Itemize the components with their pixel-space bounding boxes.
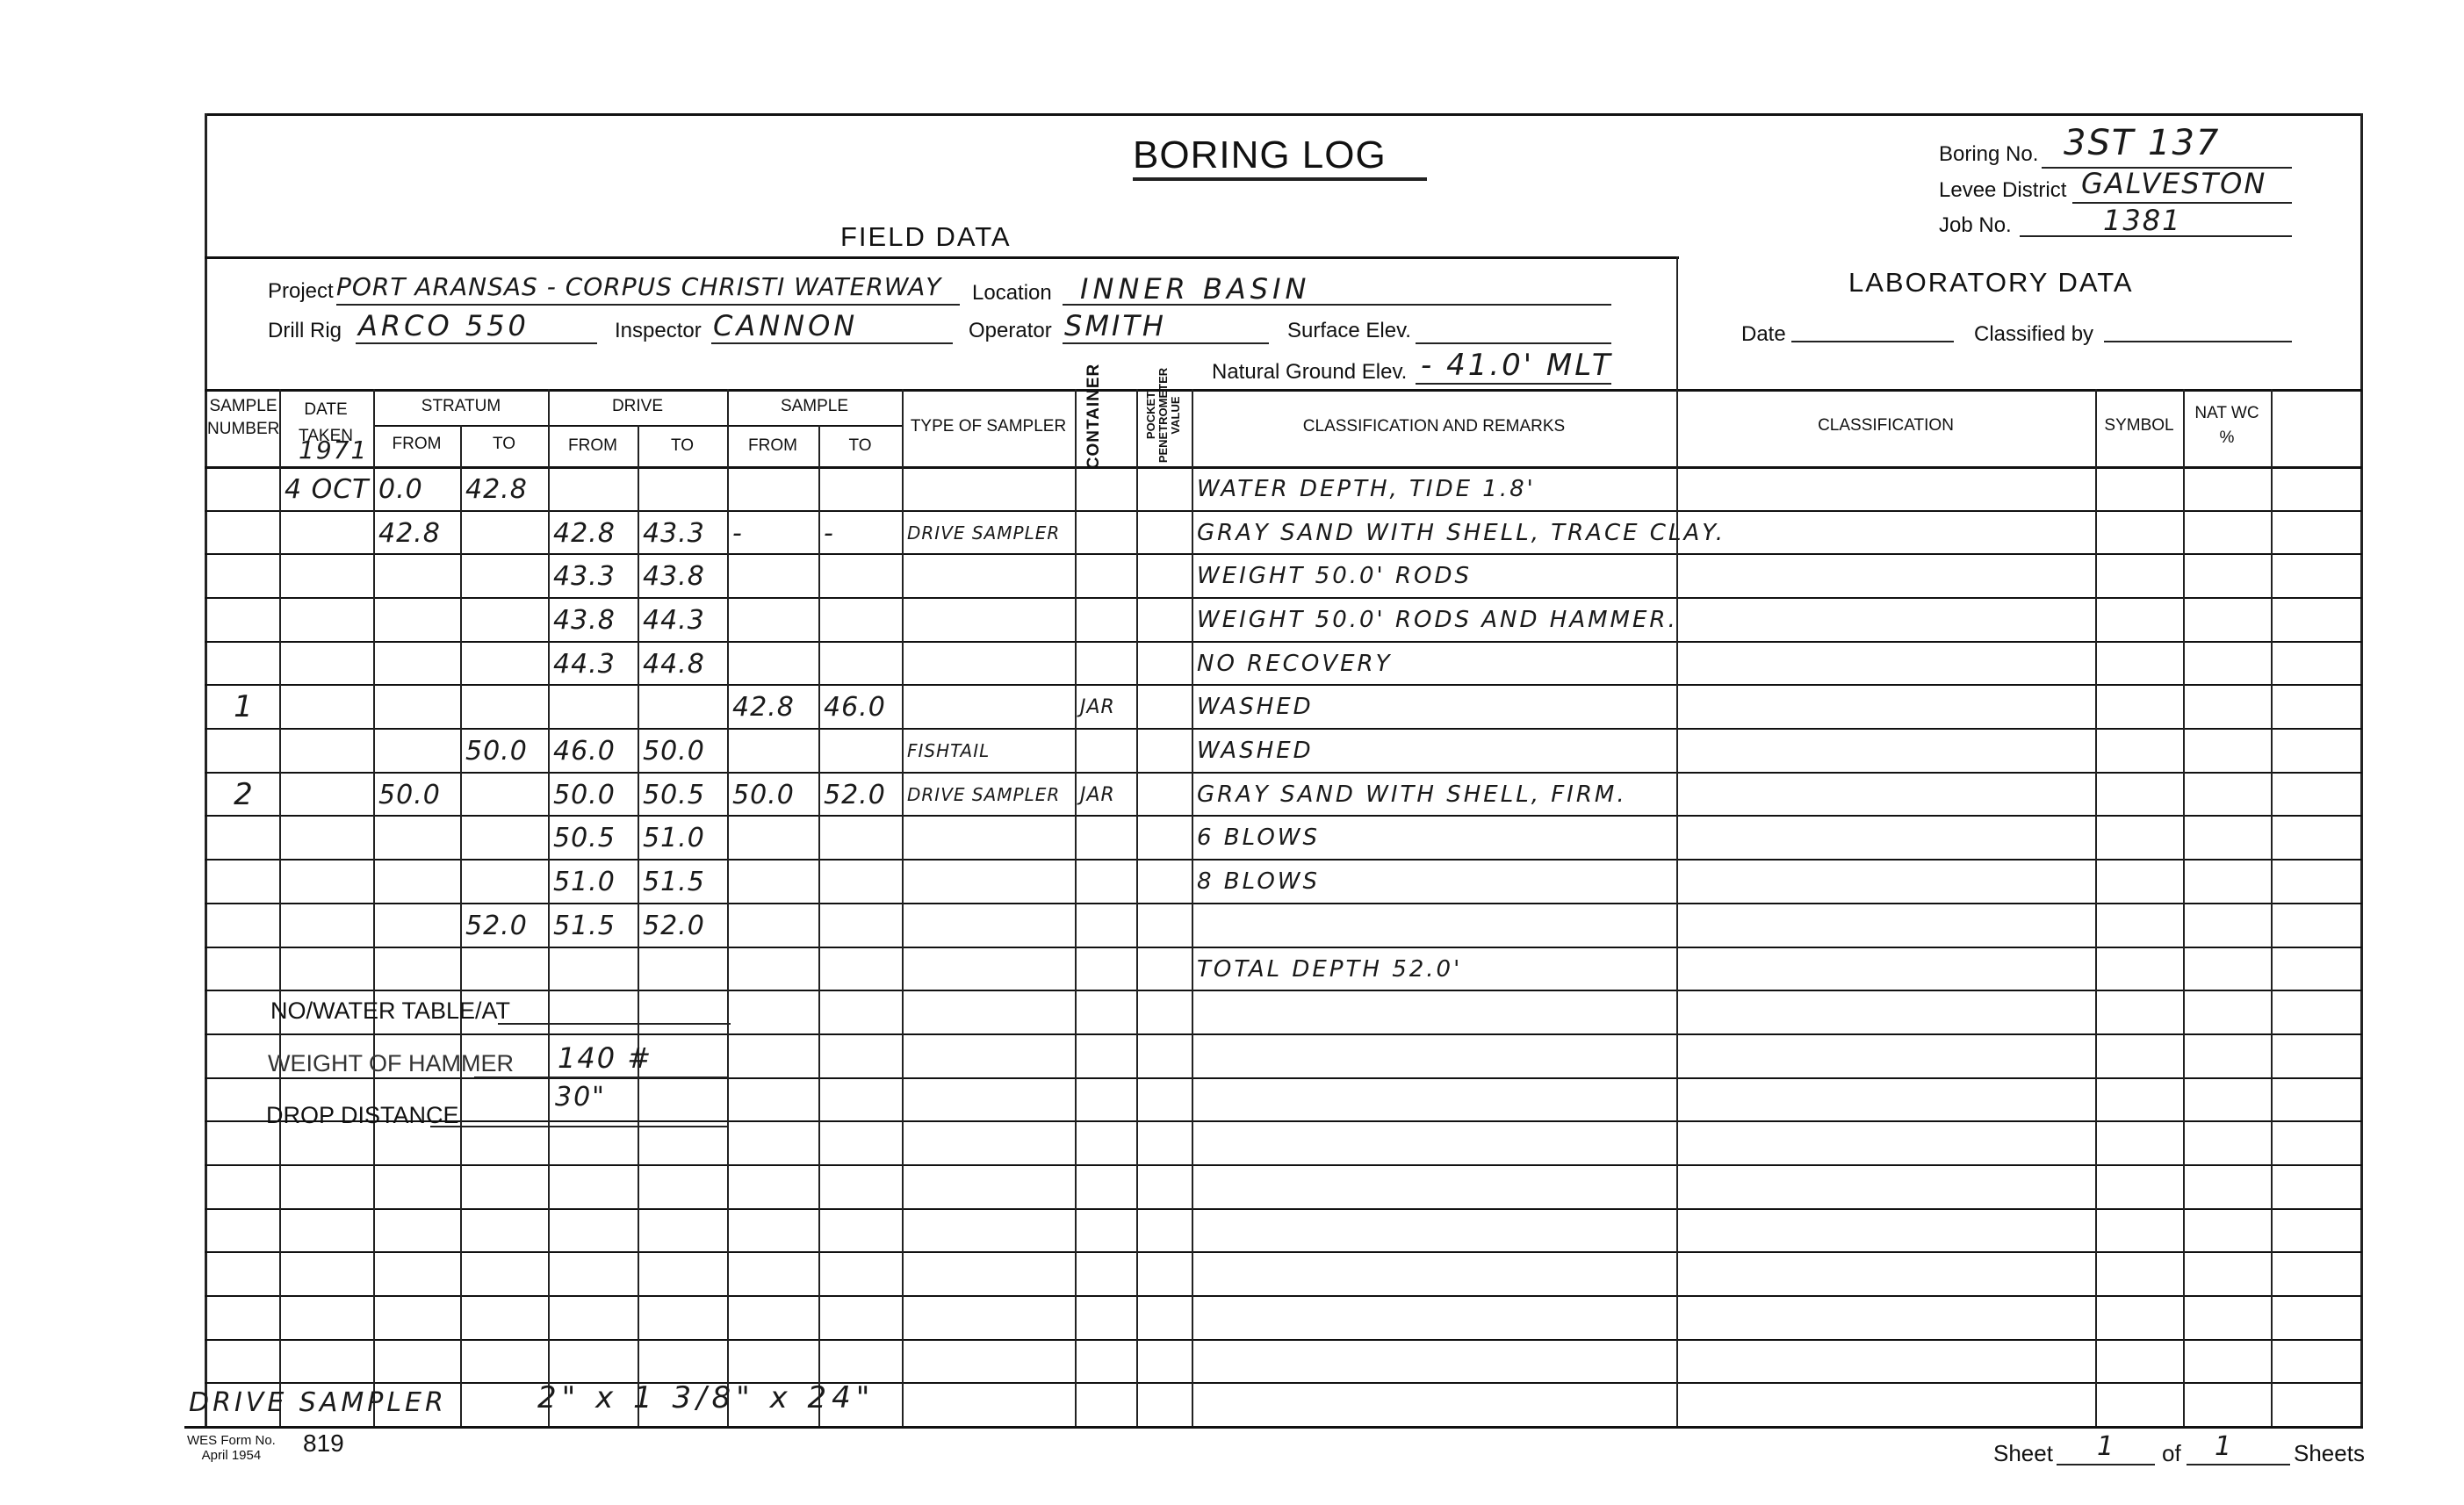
cell-date[interactable] — [285, 684, 371, 728]
cell-remarks[interactable]: WASHED — [1197, 684, 1675, 728]
cell-date[interactable] — [285, 815, 371, 859]
column-divider — [1192, 389, 1193, 1426]
location-label: Location — [972, 281, 1052, 306]
cell-date[interactable] — [285, 772, 371, 816]
sheets-total-underline — [2187, 1464, 2290, 1465]
cell-drive-from[interactable]: 50.5 — [553, 815, 636, 859]
cell-sample[interactable] — [210, 859, 277, 903]
location-value[interactable]: INNER BASIN — [1080, 272, 1310, 306]
header-symbol: SYMBOL — [2095, 416, 2183, 436]
classified-by-label: Classified by — [1974, 322, 2093, 347]
drive-sampler-size[interactable]: 2" x 1 3/8" x 24" — [537, 1380, 875, 1415]
cell-container[interactable]: JAR — [1080, 772, 1135, 816]
row-divider — [205, 1164, 2362, 1166]
cell-drive-to[interactable]: 50.0 — [643, 728, 725, 772]
drop-distance-value[interactable]: 30" — [555, 1082, 606, 1113]
hammer-weight-underline — [474, 1077, 729, 1078]
sheets-total[interactable]: 1 — [2215, 1431, 2233, 1462]
cell-sample-to[interactable] — [824, 466, 900, 510]
surface-elev-label: Surface Elev. — [1287, 319, 1411, 343]
header-sample-number-line2: NUMBER — [207, 420, 279, 439]
header-nat-wc-line2: % — [2183, 428, 2271, 448]
cell-stratum-to[interactable] — [465, 597, 546, 641]
cell-stratum-to[interactable] — [465, 947, 546, 990]
field-data-box-right — [1676, 256, 1678, 389]
operator-underline — [1063, 342, 1269, 344]
header-sample-number-line1: SAMPLE — [207, 397, 279, 416]
cell-sample-to[interactable] — [824, 859, 900, 903]
cell-date[interactable] — [285, 597, 371, 641]
cell-stratum-to[interactable] — [465, 510, 546, 554]
row-divider — [205, 1295, 2362, 1297]
column-divider — [818, 425, 820, 1426]
cell-remarks[interactable]: 6 BLOWS — [1197, 815, 1675, 859]
row-divider — [205, 1382, 2362, 1384]
natural-ground-elev-label: Natural Ground Elev. — [1212, 360, 1407, 385]
cell-sample-from[interactable] — [732, 903, 817, 947]
cell-sample-from[interactable] — [732, 553, 817, 597]
cell-stratum-from[interactable] — [378, 684, 458, 728]
form-number-block: WES Form No. April 1954 — [187, 1433, 276, 1463]
sheet-label: Sheet — [1993, 1440, 2053, 1467]
cell-stratum-from[interactable] — [378, 641, 458, 685]
column-divider — [1075, 389, 1077, 1426]
header-nat-wc: NAT WC % — [2183, 404, 2271, 448]
row-divider — [205, 990, 2362, 991]
form-left-border — [205, 113, 207, 1428]
cell-sampler[interactable] — [907, 815, 1073, 859]
table-top-border — [205, 389, 2362, 392]
header-pocket-penetrometer: POCKET PENETROMETER VALUE — [1136, 364, 1191, 465]
cell-sample-from[interactable] — [732, 597, 817, 641]
cell-drive-to[interactable] — [643, 466, 725, 510]
field-data-box-top — [205, 256, 1679, 259]
drill-rig-underline — [356, 342, 597, 344]
job-no-underline — [2020, 235, 2292, 237]
cell-sampler[interactable] — [907, 947, 1073, 990]
cell-container[interactable]: JAR — [1080, 684, 1135, 728]
form-no-label: WES Form No. — [187, 1433, 276, 1448]
laboratory-data-heading: LABORATORY DATA — [1848, 267, 2134, 299]
cell-stratum-to[interactable] — [465, 684, 546, 728]
cell-sample-from[interactable] — [732, 728, 817, 772]
column-divider — [460, 425, 462, 1426]
of-label: of — [2162, 1440, 2181, 1467]
cell-sample-to[interactable]: 52.0 — [824, 772, 900, 816]
cell-remarks[interactable] — [1197, 903, 1675, 947]
drill-rig-value[interactable]: ARCO 550 — [358, 309, 530, 342]
cell-date[interactable] — [285, 859, 371, 903]
form-date: April 1954 — [187, 1448, 276, 1463]
job-no-label: Job No. — [1939, 213, 2012, 238]
column-divider — [2095, 389, 2097, 1426]
cell-drive-to[interactable]: 52.0 — [643, 903, 725, 947]
cell-sample[interactable] — [210, 597, 277, 641]
project-underline — [336, 304, 960, 306]
column-divider — [2183, 389, 2185, 1426]
cell-sample-to[interactable] — [824, 947, 900, 990]
row-divider — [205, 1120, 2362, 1122]
cell-container[interactable] — [1080, 641, 1135, 685]
column-divider — [902, 389, 904, 1426]
cell-sample[interactable] — [210, 728, 277, 772]
cell-sampler[interactable]: DRIVE SAMPLER — [907, 510, 1073, 554]
levee-district-label: Levee District — [1939, 178, 2066, 203]
hammer-weight-label: WEIGHT OF HAMMER — [268, 1050, 514, 1077]
cell-stratum-from[interactable] — [378, 597, 458, 641]
drill-rig-label: Drill Rig — [268, 319, 342, 343]
classified-by-underline — [2104, 341, 2292, 342]
cell-drive-from[interactable]: 51.0 — [553, 859, 636, 903]
project-label: Project — [268, 279, 334, 304]
cell-remarks[interactable]: WEIGHT 50.0' RODS — [1197, 553, 1675, 597]
header-stratum: STRATUM — [373, 397, 549, 416]
cell-remarks[interactable]: WEIGHT 50.0' RODS AND HAMMER. — [1197, 597, 1675, 641]
cell-sampler[interactable] — [907, 903, 1073, 947]
cell-sample-to[interactable]: - — [824, 510, 900, 554]
header-pocket-penetrometer-text: POCKET PENETROMETER VALUE — [1145, 367, 1182, 462]
cell-sample[interactable] — [210, 947, 277, 990]
cell-sample-from[interactable] — [732, 947, 817, 990]
pp-line3: VALUE — [1170, 367, 1182, 462]
cell-drive-from[interactable] — [553, 466, 636, 510]
field-data-heading: FIELD DATA — [840, 221, 1012, 253]
header-sample-number: SAMPLE NUMBER — [207, 397, 279, 439]
cell-drive-to[interactable] — [643, 947, 725, 990]
cell-stratum-from[interactable] — [378, 728, 458, 772]
water-table-underline — [498, 1023, 731, 1025]
cell-drive-from[interactable] — [553, 684, 636, 728]
column-divider — [2271, 389, 2273, 1426]
header-stratum-from: FROM — [373, 435, 460, 454]
cell-date[interactable] — [285, 728, 371, 772]
cell-drive-to[interactable]: 44.3 — [643, 597, 725, 641]
cell-drive-from[interactable]: 43.3 — [553, 553, 636, 597]
cell-stratum-from[interactable] — [378, 859, 458, 903]
cell-stratum-to[interactable]: 42.8 — [465, 466, 546, 510]
cell-drive-from[interactable]: 51.5 — [553, 903, 636, 947]
cell-stratum-to[interactable] — [465, 859, 546, 903]
cell-date[interactable]: 4 OCT — [285, 466, 371, 510]
cell-date[interactable] — [285, 553, 371, 597]
date-label: Date — [1741, 322, 1786, 347]
cell-date[interactable] — [285, 903, 371, 947]
cell-sample-from[interactable]: 50.0 — [732, 772, 817, 816]
header-drive-to: TO — [638, 436, 727, 456]
surface-elev-underline — [1416, 342, 1611, 344]
cell-sample[interactable] — [210, 510, 277, 554]
form-title: BORING LOG — [1133, 133, 1387, 177]
cell-drive-from[interactable]: 50.0 — [553, 772, 636, 816]
header-date-line1: DATE — [279, 400, 372, 420]
cell-drive-to[interactable]: 51.0 — [643, 815, 725, 859]
cell-sampler[interactable] — [907, 553, 1073, 597]
cell-stratum-to[interactable]: 52.0 — [465, 903, 546, 947]
cell-remarks[interactable]: WATER DEPTH, TIDE 1.8' — [1197, 466, 1675, 510]
form-bottom-border — [184, 1426, 2363, 1429]
boring-no-label: Boring No. — [1939, 142, 2038, 167]
cell-stratum-from[interactable]: 0.0 — [378, 466, 458, 510]
column-divider — [638, 425, 639, 1426]
sheet-number[interactable]: 1 — [2097, 1431, 2115, 1462]
cell-remarks[interactable]: GRAY SAND WITH SHELL, FIRM. — [1197, 772, 1675, 816]
title-underline — [1133, 177, 1427, 181]
levee-district-value[interactable]: GALVESTON — [2081, 167, 2266, 200]
cell-drive-from[interactable]: 42.8 — [553, 510, 636, 554]
column-divider — [373, 389, 375, 1426]
cell-stratum-to[interactable] — [465, 641, 546, 685]
cell-date[interactable] — [285, 510, 371, 554]
cell-sample-to[interactable] — [824, 553, 900, 597]
sheet-underline — [2057, 1464, 2155, 1465]
cell-sample-from[interactable] — [732, 466, 817, 510]
form-top-border — [205, 113, 2363, 116]
cell-sample-to[interactable]: 46.0 — [824, 684, 900, 728]
cell-drive-from[interactable]: 43.8 — [553, 597, 636, 641]
header-container: CONTAINER — [1078, 369, 1110, 464]
header-classification: CLASSIFICATION — [1676, 416, 2095, 436]
natural-ground-elev-underline — [1416, 383, 1611, 385]
natural-ground-elev-value[interactable]: - 41.0' MLT — [1421, 348, 1613, 383]
inspector-label: Inspector — [615, 319, 702, 343]
cell-stratum-from[interactable] — [378, 903, 458, 947]
operator-value[interactable]: SMITH — [1064, 309, 1166, 342]
cell-container[interactable] — [1080, 597, 1135, 641]
form-number: 819 — [303, 1429, 344, 1458]
boring-no-value[interactable]: 3ST 137 — [2064, 123, 2220, 163]
cell-remarks[interactable]: 8 BLOWS — [1197, 859, 1675, 903]
cell-sample-from[interactable]: - — [732, 510, 817, 554]
cell-stratum-from[interactable] — [378, 553, 458, 597]
cell-remarks[interactable]: TOTAL DEPTH 52.0' — [1197, 947, 1675, 990]
sheets-label: Sheets — [2294, 1440, 2365, 1467]
header-drive-from: FROM — [548, 436, 638, 456]
cell-container[interactable] — [1080, 510, 1135, 554]
cell-container[interactable] — [1080, 815, 1135, 859]
cell-sampler[interactable] — [907, 684, 1073, 728]
cell-drive-from[interactable]: 46.0 — [553, 728, 636, 772]
cell-remarks[interactable]: WASHED — [1197, 728, 1675, 772]
cell-sample-from[interactable]: 42.8 — [732, 684, 817, 728]
water-table-label: NO/WATER TABLE/AT — [270, 997, 510, 1025]
inspector-value[interactable]: CANNON — [713, 309, 858, 342]
header-type-of-sampler: TYPE OF SAMPLER — [902, 417, 1075, 436]
header-container-text: CONTAINER — [1084, 364, 1104, 470]
date-year: 1971 — [299, 436, 368, 464]
cell-sample-to[interactable] — [824, 641, 900, 685]
cell-date[interactable] — [285, 641, 371, 685]
project-value[interactable]: PORT ARANSAS - CORPUS CHRISTI WATERWAY — [336, 272, 941, 301]
location-underline — [1063, 304, 1611, 306]
column-divider — [548, 389, 550, 1426]
cell-sample[interactable] — [210, 903, 277, 947]
cell-stratum-from[interactable] — [378, 815, 458, 859]
cell-date[interactable] — [285, 947, 371, 990]
header-sample-from: FROM — [727, 436, 818, 456]
cell-sampler[interactable] — [907, 859, 1073, 903]
cell-drive-from[interactable]: 44.3 — [553, 641, 636, 685]
cell-sample[interactable]: 2 — [210, 772, 277, 816]
row-divider — [205, 1251, 2362, 1253]
header-drive: DRIVE — [548, 397, 727, 416]
row-divider — [205, 1339, 2362, 1341]
cell-remarks[interactable]: NO RECOVERY — [1197, 641, 1675, 685]
cell-drive-to[interactable]: 44.8 — [643, 641, 725, 685]
cell-sample[interactable] — [210, 815, 277, 859]
cell-container[interactable] — [1080, 466, 1135, 510]
cell-drive-from[interactable] — [553, 947, 636, 990]
cell-stratum-to[interactable] — [465, 553, 546, 597]
cell-container[interactable] — [1080, 728, 1135, 772]
header-stratum-to: TO — [460, 435, 548, 454]
date-underline — [1791, 341, 1954, 342]
header-nat-wc-line1: NAT WC — [2183, 404, 2271, 423]
job-no-value[interactable]: 1381 — [2103, 204, 2181, 237]
cell-sample-to[interactable] — [824, 597, 900, 641]
cell-sample-to[interactable] — [824, 815, 900, 859]
cell-sample-from[interactable] — [732, 641, 817, 685]
column-divider — [279, 389, 281, 1426]
hammer-weight-value[interactable]: 140 # — [558, 1041, 652, 1075]
drop-distance-underline — [430, 1126, 729, 1127]
header-sample-to: TO — [818, 436, 902, 456]
cell-drive-to[interactable]: 51.5 — [643, 859, 725, 903]
column-divider — [1136, 389, 1138, 1426]
cell-sampler[interactable] — [907, 466, 1073, 510]
cell-sample-to[interactable] — [824, 903, 900, 947]
cell-sample[interactable] — [210, 466, 277, 510]
cell-container[interactable] — [1080, 947, 1135, 990]
cell-stratum-to[interactable] — [465, 815, 546, 859]
cell-sample[interactable] — [210, 641, 277, 685]
inspector-underline — [711, 342, 953, 344]
cell-sample-to[interactable] — [824, 728, 900, 772]
row-divider — [205, 1208, 2362, 1210]
pp-line1: POCKET — [1145, 367, 1157, 462]
drive-sampler-label: DRIVE SAMPLER — [189, 1387, 447, 1418]
cell-drive-to[interactable]: 43.8 — [643, 553, 725, 597]
cell-sample-from[interactable] — [732, 815, 817, 859]
cell-sampler[interactable] — [907, 597, 1073, 641]
column-divider — [727, 389, 729, 1426]
cell-stratum-to[interactable] — [465, 772, 546, 816]
cell-stratum-from[interactable] — [378, 947, 458, 990]
cell-stratum-from[interactable]: 50.0 — [378, 772, 458, 816]
cell-sample-from[interactable] — [732, 859, 817, 903]
cell-sampler[interactable]: FISHTAIL — [907, 728, 1073, 772]
cell-sample[interactable] — [210, 553, 277, 597]
cell-remarks[interactable]: GRAY SAND WITH SHELL, TRACE CLAY. — [1197, 510, 1675, 554]
cell-drive-to[interactable] — [643, 684, 725, 728]
row-divider — [205, 1033, 2362, 1035]
cell-stratum-to[interactable]: 50.0 — [465, 728, 546, 772]
cell-drive-to[interactable]: 50.5 — [643, 772, 725, 816]
pp-line2: PENETROMETER — [1157, 367, 1170, 462]
form-right-border — [2360, 113, 2363, 1428]
cell-container[interactable] — [1080, 859, 1135, 903]
header-classification-remarks: CLASSIFICATION AND REMARKS — [1192, 417, 1676, 436]
cell-sampler[interactable] — [907, 641, 1073, 685]
cell-container[interactable] — [1080, 553, 1135, 597]
cell-container[interactable] — [1080, 903, 1135, 947]
cell-sampler[interactable]: DRIVE SAMPLER — [907, 772, 1073, 816]
header-sample: SAMPLE — [727, 397, 902, 416]
cell-drive-to[interactable]: 43.3 — [643, 510, 725, 554]
cell-stratum-from[interactable]: 42.8 — [378, 510, 458, 554]
cell-sample[interactable]: 1 — [210, 684, 277, 728]
operator-label: Operator — [969, 319, 1052, 343]
